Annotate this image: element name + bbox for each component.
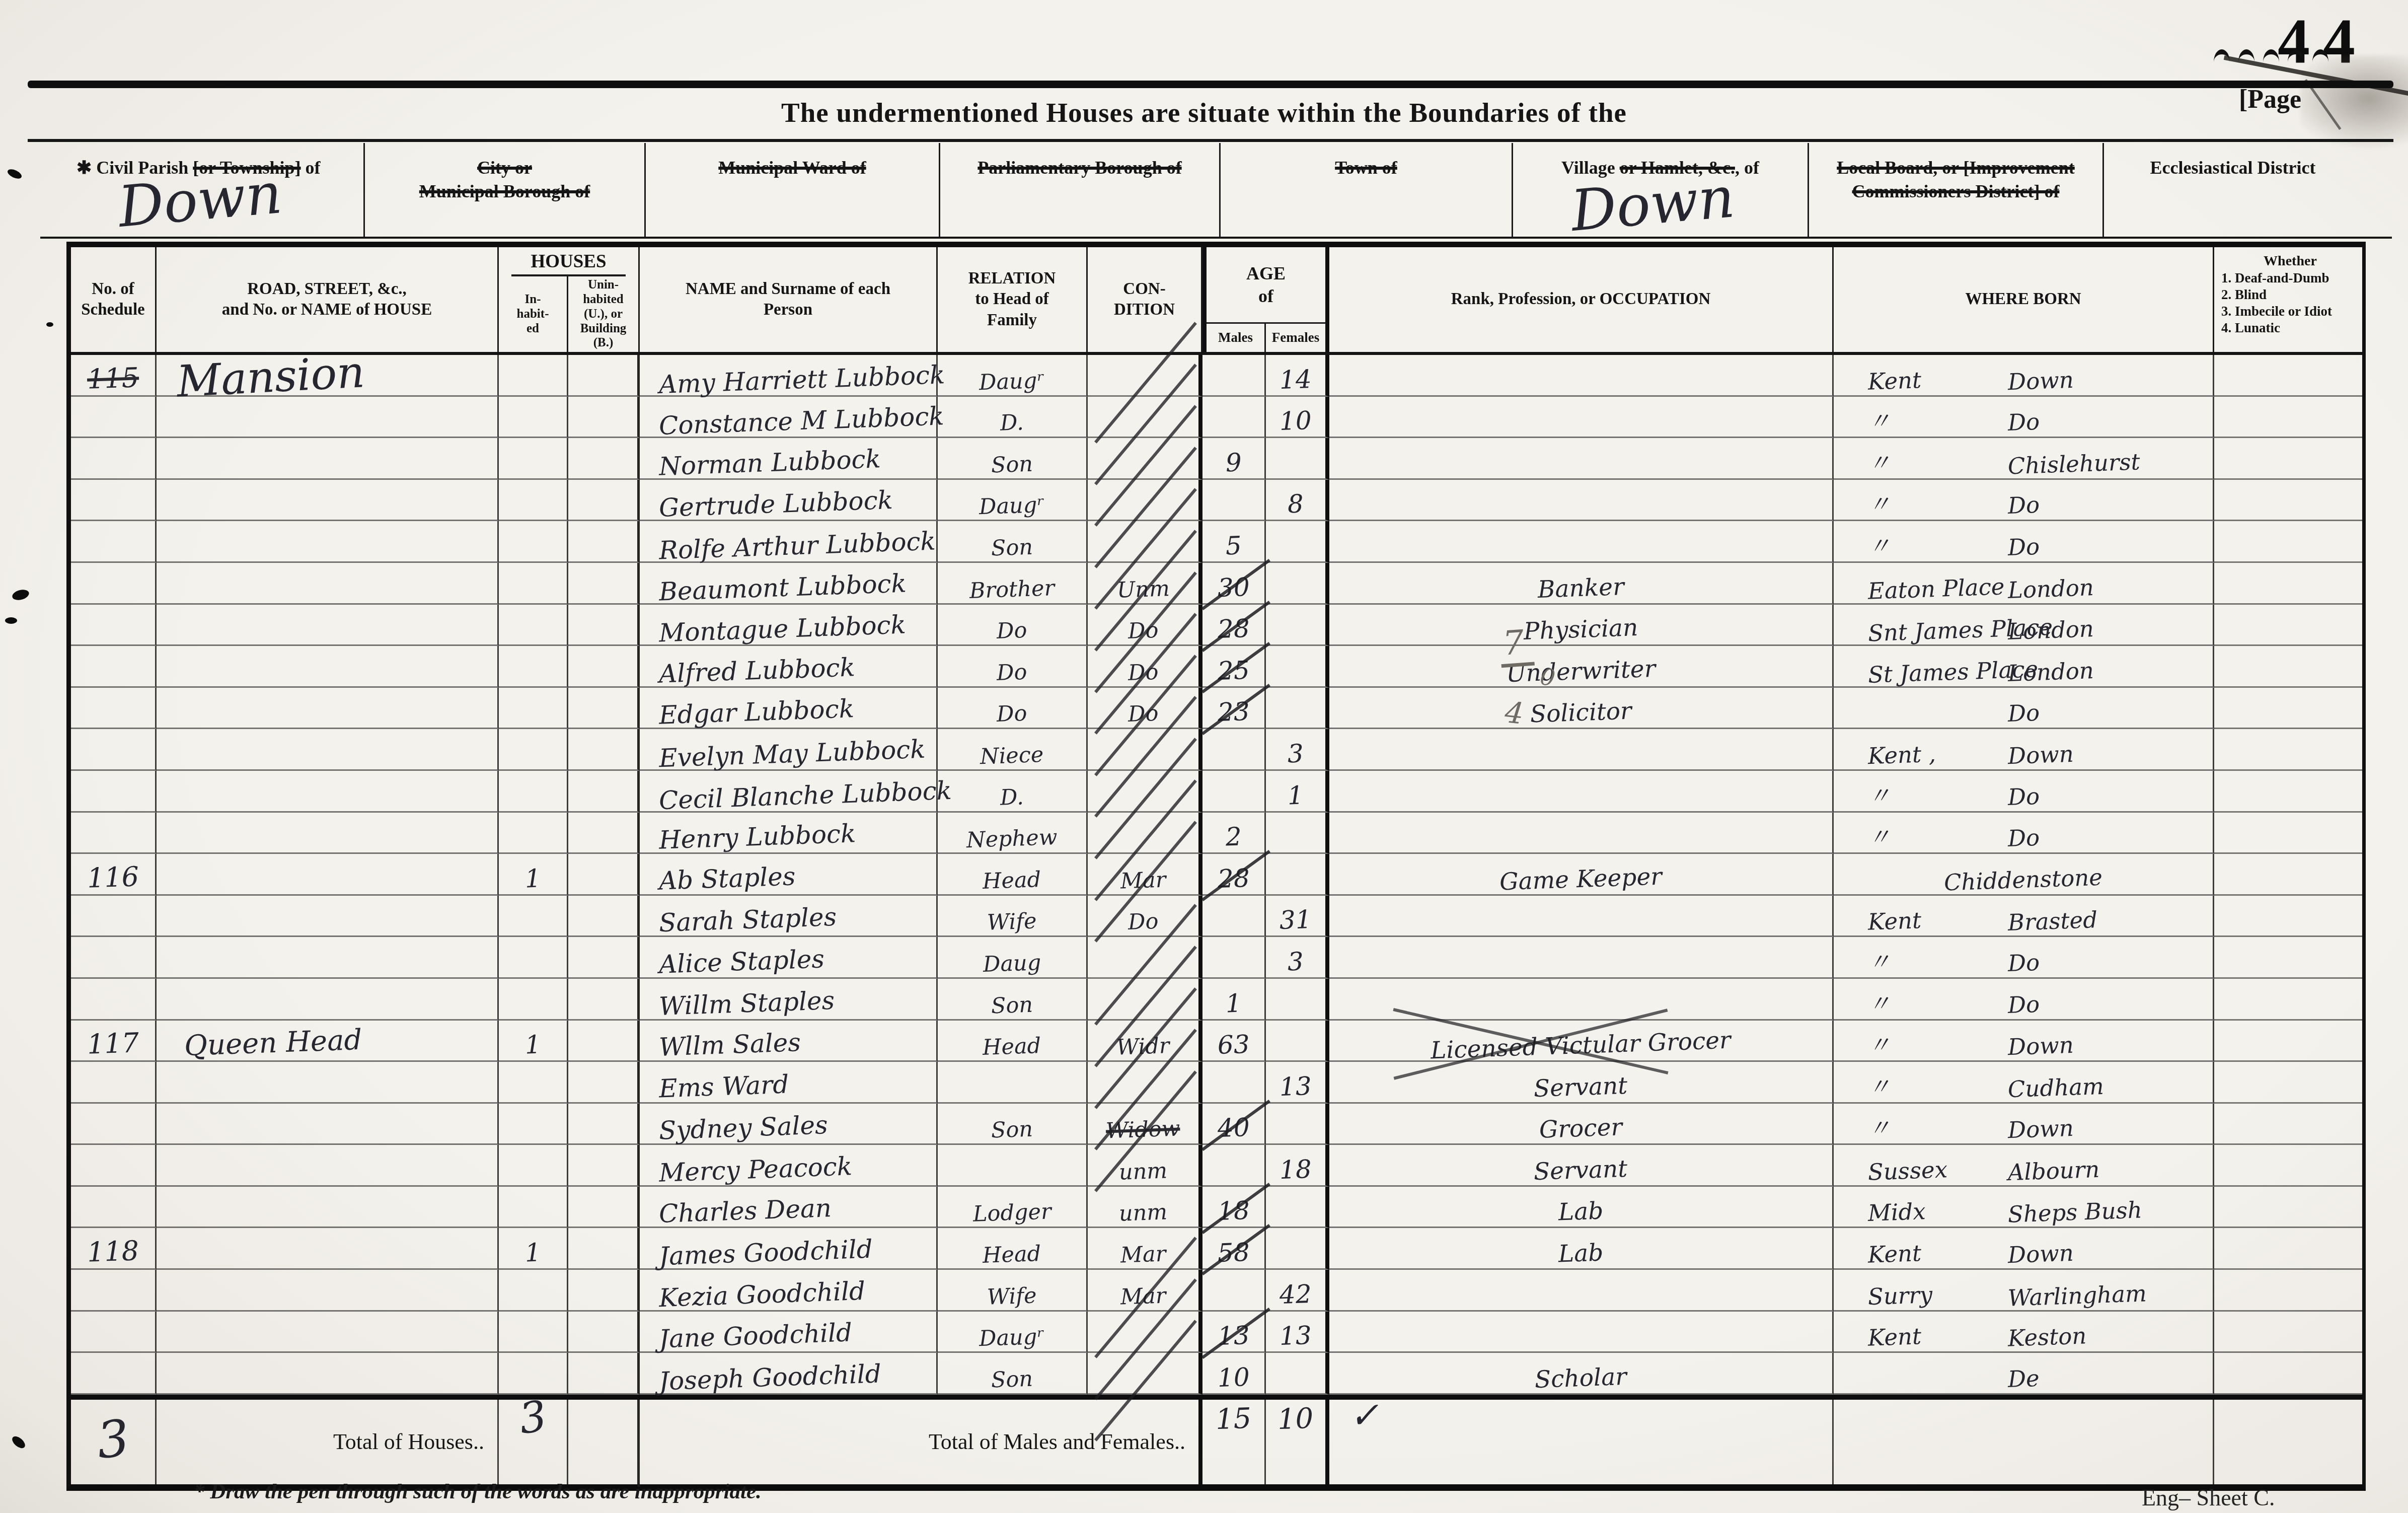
cell-occ <box>1329 771 1834 813</box>
cell-born: SurryWarlingham <box>1834 1270 2214 1312</box>
top-rule <box>28 81 2393 88</box>
cell-name: Kezia Goodchild <box>640 1270 938 1312</box>
cell-cond: Do <box>1088 896 1202 938</box>
cell-road <box>157 438 499 480</box>
cell-name: Gertrude Lubbock <box>640 480 938 522</box>
cell-road <box>157 1270 499 1312</box>
cell-inhab <box>499 480 568 522</box>
cell-m <box>1202 1145 1266 1187</box>
cell-cond: Do <box>1088 646 1202 688</box>
cell-rel: Lodger <box>938 1187 1088 1229</box>
cell-road <box>157 1353 499 1395</box>
cell-cond: Mar <box>1088 1228 1202 1270</box>
cell-cond: Mar <box>1088 1270 1202 1312</box>
cell-occ <box>1329 480 1834 522</box>
cell-uninhab <box>568 854 640 896</box>
cell-inhab <box>499 355 568 397</box>
cell-inhab <box>499 688 568 730</box>
cell-m <box>1202 771 1266 813</box>
cell-born: De <box>1834 1353 2214 1395</box>
cell-cond <box>1088 397 1202 439</box>
cell-uninhab <box>568 729 640 771</box>
cell-f <box>1266 979 1329 1021</box>
cell-sched <box>71 937 157 979</box>
cell-name: Jane Goodchild <box>640 1312 938 1353</box>
cell-uninhab <box>568 688 640 730</box>
cell-occ: Game Keeper <box>1329 854 1834 896</box>
cell-uninhab <box>568 1353 640 1395</box>
cell-inf <box>2214 355 2362 397</box>
cell-road <box>157 979 499 1021</box>
cell-name: Cecil Blanche Lubbock <box>640 771 938 813</box>
cell-born: 〃Do <box>1834 937 2214 979</box>
cell-f: 13 <box>1266 1312 1329 1353</box>
cell-inf <box>2214 1021 2362 1062</box>
scan-speck <box>5 617 17 624</box>
cell-f <box>1266 1187 1329 1229</box>
cell-inhab <box>499 646 568 688</box>
cell-rel: Daugʳ <box>938 480 1088 522</box>
cell-inf <box>2214 646 2362 688</box>
cell-inf <box>2214 438 2362 480</box>
cell-name: Alfred Lubbock <box>640 646 938 688</box>
cell-road <box>157 1145 499 1187</box>
cell-f: 1 <box>1266 771 1329 813</box>
cell-uninhab <box>568 521 640 563</box>
col-header-uninhabited: Unin- habited (U.), or Building (B.) <box>568 276 638 352</box>
houses-total-value: 3 <box>516 1391 550 1444</box>
boundary-box: Village or Hamlet, &c., ofDown <box>1513 143 1809 237</box>
cell-born: 〃Do <box>1834 979 2214 1021</box>
cell-cond: unm <box>1088 1145 1202 1187</box>
cell-uninhab <box>568 937 640 979</box>
schedule-total-value: 3 <box>94 1408 132 1470</box>
cell-inf <box>2214 1187 2362 1229</box>
cell-name: James Goodchild <box>640 1228 938 1270</box>
cell-born: KentDown <box>1834 355 2214 397</box>
cell-occ: Physician <box>1329 605 1834 646</box>
cell-rel: Head <box>938 1021 1088 1062</box>
cell-name: Ems Ward <box>640 1062 938 1104</box>
cell-born: 〃Chislehurst <box>1834 438 2214 480</box>
cell-sched: 115 <box>71 355 157 397</box>
boundary-header-row: ✱ Civil Parish [or Township] ofDownCity … <box>70 143 2362 237</box>
cell-sched <box>71 563 157 605</box>
cell-m: 40 <box>1202 1104 1266 1145</box>
cell-rel: Do <box>938 646 1088 688</box>
cell-inhab: 1 <box>499 1021 568 1062</box>
totals-occupation-cell: ✓ <box>1329 1400 1834 1484</box>
cell-uninhab <box>568 1312 640 1353</box>
cell-f <box>1266 1104 1329 1145</box>
cell-road: Mansion <box>157 355 499 397</box>
cell-f: 13 <box>1266 1062 1329 1104</box>
males-total-value: 15 <box>1215 1402 1252 1436</box>
cell-born: St James PlaceLondon <box>1834 646 2214 688</box>
infirmity-list: 1. Deaf-and-Dumb 2. Blind 3. Imbecile or… <box>2221 270 2332 336</box>
cell-inf <box>2214 1145 2362 1187</box>
cell-m: 9 <box>1202 438 1266 480</box>
cell-born: 〃Do <box>1834 480 2214 522</box>
cell-inhab: 1 <box>499 1228 568 1270</box>
cell-born: Eaton PlaceLondon <box>1834 563 2214 605</box>
page-title: The undermentioned Houses are situate wi… <box>0 97 2408 128</box>
boundary-box-value: Down <box>116 165 284 236</box>
cell-occ: Servant <box>1329 1145 1834 1187</box>
cell-occ: Lab <box>1329 1228 1834 1270</box>
cell-occ: Underwriter <box>1329 646 1834 688</box>
cell-born: 〃Down <box>1834 1021 2214 1062</box>
totals-houses-label-cell: Total of Houses.. <box>157 1400 499 1484</box>
cell-f <box>1266 1228 1329 1270</box>
cell-inhab <box>499 1312 568 1353</box>
cell-sched: 116 <box>71 854 157 896</box>
cell-name: Amy Harriett Lubbock <box>640 355 938 397</box>
cell-uninhab <box>568 1187 640 1229</box>
cell-born: SussexAlbourn <box>1834 1145 2214 1187</box>
cell-rel <box>938 1145 1088 1187</box>
pencil-tally-4: 4 <box>1503 695 1526 731</box>
cell-name: Montague Lubbock <box>640 605 938 646</box>
cell-inhab <box>499 813 568 854</box>
cell-f: 42 <box>1266 1270 1329 1312</box>
scan-speck <box>10 1434 27 1450</box>
cell-inhab <box>499 1353 568 1395</box>
cell-cond <box>1088 1312 1202 1353</box>
cell-m: 13 <box>1202 1312 1266 1353</box>
col-header-occupation: Rank, Profession, or OCCUPATION <box>1329 247 1834 352</box>
boundary-box: ✱ Civil Parish [or Township] ofDown <box>70 143 365 237</box>
cell-cond: unm <box>1088 1187 1202 1229</box>
cell-uninhab <box>568 1021 640 1062</box>
cell-uninhab <box>568 563 640 605</box>
cell-rel: Head <box>938 854 1088 896</box>
cell-inf <box>2214 854 2362 896</box>
cell-m: 28 <box>1202 854 1266 896</box>
cell-m: 28 <box>1202 605 1266 646</box>
cell-road <box>157 1187 499 1229</box>
cell-born: 〃Cudham <box>1834 1062 2214 1104</box>
cell-name: Sarah Staples <box>640 896 938 938</box>
col-header-where-born: WHERE BORN <box>1834 247 2214 352</box>
scan-speck <box>46 322 53 327</box>
cell-born: 〃Do <box>1834 521 2214 563</box>
cell-occ <box>1329 729 1834 771</box>
boundary-box: Local Board, or [Improvement Commissione… <box>1809 143 2104 237</box>
cell-m <box>1202 896 1266 938</box>
cell-occ <box>1329 355 1834 397</box>
cell-sched <box>71 1312 157 1353</box>
cell-road <box>157 688 499 730</box>
cell-rel: Nephew <box>938 813 1088 854</box>
cell-occ: Grocer <box>1329 1104 1834 1145</box>
cell-inhab <box>499 1187 568 1229</box>
cell-cond: Do <box>1088 688 1202 730</box>
cell-occ: Lab <box>1329 1187 1834 1229</box>
cell-born: MidxSheps Bush <box>1834 1187 2214 1229</box>
cell-f: 14 <box>1266 355 1329 397</box>
cell-road <box>157 605 499 646</box>
cell-inhab <box>499 1145 568 1187</box>
cell-occ <box>1329 397 1834 439</box>
cell-name: Ab Staples <box>640 854 938 896</box>
cell-cond <box>1088 521 1202 563</box>
cell-road <box>157 1312 499 1353</box>
cell-f: 8 <box>1266 480 1329 522</box>
cell-name: Constance M Lubbock <box>640 397 938 439</box>
cell-born: 〃Do <box>1834 771 2214 813</box>
cell-road <box>157 937 499 979</box>
cell-sched <box>71 688 157 730</box>
cell-f: 3 <box>1266 729 1329 771</box>
cell-uninhab <box>568 1062 640 1104</box>
cell-m: 18 <box>1202 1187 1266 1229</box>
cell-cond: Do <box>1088 605 1202 646</box>
col-header-schedule: No. of Schedule <box>71 247 157 352</box>
cell-inhab <box>499 937 568 979</box>
cell-name: Evelyn May Lubbock <box>640 729 938 771</box>
cell-occ <box>1329 937 1834 979</box>
cell-f: 18 <box>1266 1145 1329 1187</box>
cell-name: Sydney Sales <box>640 1104 938 1145</box>
cell-occ: Solicitor <box>1329 688 1834 730</box>
cell-m: 1 <box>1202 979 1266 1021</box>
cell-uninhab <box>568 1270 640 1312</box>
footnote: * Draw the pen through such of the words… <box>194 1479 762 1504</box>
cell-rel: Son <box>938 438 1088 480</box>
boundary-box-label: Municipal Ward of <box>646 156 939 180</box>
cell-cond: Unm <box>1088 563 1202 605</box>
totals-schedule-cell: 3 <box>71 1400 157 1484</box>
cell-uninhab <box>568 397 640 439</box>
cell-name: Willm Staples <box>640 979 938 1021</box>
cell-uninhab <box>568 771 640 813</box>
cell-m: 25 <box>1202 646 1266 688</box>
cell-name: Edgar Lubbock <box>640 688 938 730</box>
cell-inf <box>2214 813 2362 854</box>
cell-road <box>157 896 499 938</box>
cell-inf <box>2214 521 2362 563</box>
cell-born: 〃Do <box>1834 813 2214 854</box>
cell-name: Wllm Sales <box>640 1021 938 1062</box>
boundary-box-label: Parliamentary Borough of <box>940 156 1219 180</box>
cell-m: 63 <box>1202 1021 1266 1062</box>
cell-rel: D. <box>938 771 1088 813</box>
col-header-females: Females <box>1266 324 1325 352</box>
cell-occ <box>1329 813 1834 854</box>
cell-born: KentBrasted <box>1834 896 2214 938</box>
cell-sched <box>71 896 157 938</box>
cell-rel: Daugʳ <box>938 1312 1088 1353</box>
col-header-inhabited: In- habit- ed <box>499 276 568 352</box>
cell-f <box>1266 563 1329 605</box>
cell-rel: Wife <box>938 1270 1088 1312</box>
cell-road <box>157 813 499 854</box>
cell-sched <box>71 1062 157 1104</box>
total-houses-label: Total of Houses.. <box>157 1429 497 1455</box>
cell-road <box>157 563 499 605</box>
cell-f <box>1266 1353 1329 1395</box>
col-header-road: ROAD, STREET, &c., and No. or NAME of HO… <box>157 247 499 352</box>
col-header-houses: HOUSES In- habit- ed Unin- habited (U.),… <box>499 247 640 352</box>
cell-rel: Niece <box>938 729 1088 771</box>
cell-uninhab <box>568 438 640 480</box>
cell-uninhab <box>568 646 640 688</box>
totals-males-cell: 15 <box>1202 1400 1266 1484</box>
cell-road <box>157 521 499 563</box>
cell-cond: Widr <box>1088 1021 1202 1062</box>
boundary-box: Ecclesiastical District <box>2104 143 2362 237</box>
col-header-relation: RELATION to Head of Family <box>938 247 1088 352</box>
cell-m <box>1202 480 1266 522</box>
cell-sched <box>71 813 157 854</box>
cell-f: 31 <box>1266 896 1329 938</box>
col-header-name: NAME and Surname of each Person <box>640 247 938 352</box>
cell-f: 10 <box>1266 397 1329 439</box>
cell-m: 58 <box>1202 1228 1266 1270</box>
cell-inf <box>2214 605 2362 646</box>
cell-sched <box>71 1270 157 1312</box>
cell-road <box>157 646 499 688</box>
cell-cond: Widow <box>1088 1104 1202 1145</box>
cell-inhab <box>499 1270 568 1312</box>
cell-m <box>1202 397 1266 439</box>
cell-m: 5 <box>1202 521 1266 563</box>
cell-cond <box>1088 729 1202 771</box>
cell-occ <box>1329 1270 1834 1312</box>
cell-cond <box>1088 979 1202 1021</box>
cell-born: 〃Down <box>1834 1104 2214 1145</box>
totals-row: 3 Total of Houses.. 3 Total of Males and… <box>71 1395 2362 1484</box>
cell-uninhab <box>568 896 640 938</box>
cell-m: 30 <box>1202 563 1266 605</box>
cell-name: Beaumont Lubbock <box>640 563 938 605</box>
cell-sched <box>71 771 157 813</box>
cell-rel: Son <box>938 521 1088 563</box>
boundary-box-value: Down <box>1569 169 1737 240</box>
cell-sched <box>71 1353 157 1395</box>
cell-born: KentKeston <box>1834 1312 2214 1353</box>
cell-f <box>1266 854 1329 896</box>
cell-uninhab <box>568 813 640 854</box>
check-mark: ✓ <box>1349 1394 1380 1436</box>
houses-subheaders: In- habit- ed Unin- habited (U.), or Bui… <box>499 276 638 352</box>
table-body: 115MansionAmy Harriett LubbockDaugʳ14Ken… <box>71 355 2362 1395</box>
cell-inhab <box>499 438 568 480</box>
cell-uninhab <box>568 480 640 522</box>
cell-m: 23 <box>1202 688 1266 730</box>
cell-sched <box>71 397 157 439</box>
cell-m <box>1202 937 1266 979</box>
totals-mf-label-cell: Total of Males and Females.. <box>640 1400 1202 1484</box>
cell-sched <box>71 605 157 646</box>
cell-cond <box>1088 937 1202 979</box>
cell-inhab <box>499 896 568 938</box>
cell-m <box>1202 355 1266 397</box>
cell-born: Do <box>1834 688 2214 730</box>
cell-inhab <box>499 563 568 605</box>
col-header-condition: CON- DITION <box>1088 247 1202 352</box>
cell-rel: Daug <box>938 937 1088 979</box>
cell-inf <box>2214 688 2362 730</box>
total-males-females-label: Total of Males and Females.. <box>640 1429 1198 1455</box>
cell-inf <box>2214 1228 2362 1270</box>
cell-born: Chiddenstone <box>1834 854 2214 896</box>
cell-f <box>1266 521 1329 563</box>
sheet-label: Eng– Sheet C. <box>2142 1484 2275 1511</box>
cell-inf <box>2214 729 2362 771</box>
cell-inf <box>2214 937 2362 979</box>
cell-inhab <box>499 1062 568 1104</box>
cell-born: 〃Do <box>1834 397 2214 439</box>
cell-inf <box>2214 979 2362 1021</box>
cell-rel: Daugʳ <box>938 355 1088 397</box>
cell-uninhab <box>568 1228 640 1270</box>
census-table: No. of Schedule ROAD, STREET, &c., and N… <box>66 242 2366 1491</box>
boundary-box: Parliamentary Borough of <box>940 143 1221 237</box>
cell-f <box>1266 605 1329 646</box>
census-scan-page: 44 [Page The undermentioned Houses are s… <box>0 0 2408 1513</box>
cell-born: KentDown <box>1834 1228 2214 1270</box>
cell-rel: Head <box>938 1228 1088 1270</box>
cell-cond <box>1088 771 1202 813</box>
cell-uninhab <box>568 605 640 646</box>
scan-speck <box>11 588 30 602</box>
cell-occ <box>1329 438 1834 480</box>
double-rule <box>40 237 2392 239</box>
age-subheaders: Males Females <box>1207 322 1325 352</box>
cell-road <box>157 397 499 439</box>
cell-born: Kent ,Down <box>1834 729 2214 771</box>
cell-occ: Scholar <box>1329 1353 1834 1395</box>
cell-road <box>157 480 499 522</box>
cell-inf <box>2214 896 2362 938</box>
cell-inf <box>2214 1062 2362 1104</box>
cell-occ <box>1329 979 1834 1021</box>
cell-f <box>1266 438 1329 480</box>
cell-inf <box>2214 1312 2362 1353</box>
cell-sched <box>71 480 157 522</box>
cell-occ <box>1329 1312 1834 1353</box>
cell-name: Alice Staples <box>640 937 938 979</box>
cell-f <box>1266 688 1329 730</box>
cell-occ: Servant <box>1329 1062 1834 1104</box>
houses-title: HOUSES <box>511 247 626 276</box>
table-header-row: No. of Schedule ROAD, STREET, &c., and N… <box>71 247 2362 355</box>
cell-m: 2 <box>1202 813 1266 854</box>
cell-uninhab <box>568 1104 640 1145</box>
cell-occ <box>1329 896 1834 938</box>
boundary-box-label: Town of <box>1221 156 1512 180</box>
cell-road <box>157 1228 499 1270</box>
cell-m <box>1202 729 1266 771</box>
cell-name: Joseph Goodchild <box>640 1353 938 1395</box>
col-header-infirmity: Whether 1. Deaf-and-Dumb 2. Blind 3. Imb… <box>2214 247 2362 352</box>
cell-m <box>1202 1270 1266 1312</box>
cell-road <box>157 729 499 771</box>
cell-occ: Licensed Victular Grocer <box>1329 1021 1834 1062</box>
cell-cond: Mar <box>1088 854 1202 896</box>
col-header-males: Males <box>1207 324 1266 352</box>
cell-sched <box>71 646 157 688</box>
cell-inf <box>2214 480 2362 522</box>
females-total-value: 10 <box>1277 1402 1314 1436</box>
cell-road <box>157 854 499 896</box>
cell-inf <box>2214 771 2362 813</box>
cell-rel <box>938 1062 1088 1104</box>
boundary-box: City or Municipal Borough of <box>365 143 646 237</box>
cell-cond <box>1088 1353 1202 1395</box>
